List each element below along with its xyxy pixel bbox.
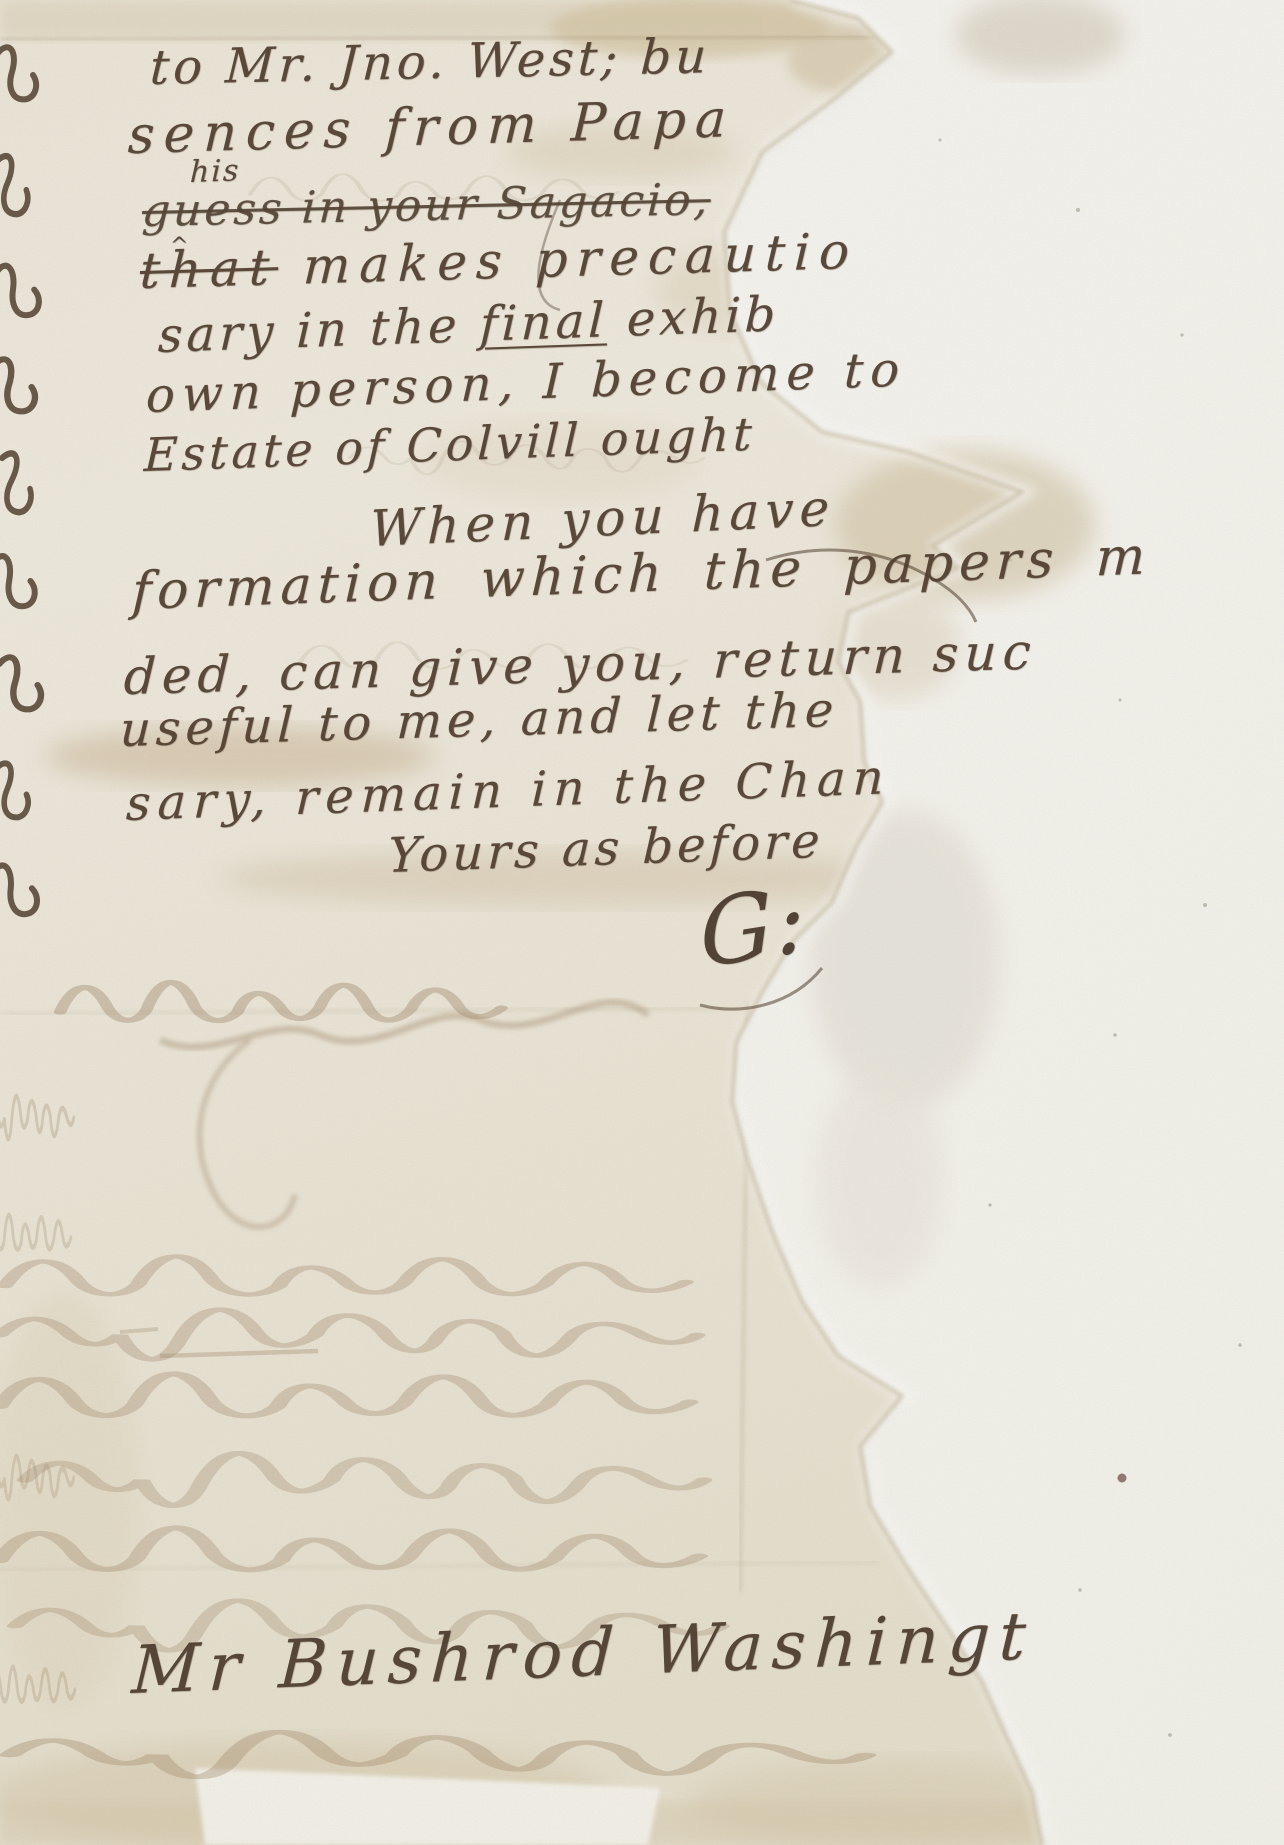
closing-line: Yours as before: [387, 817, 824, 880]
underlined-word-final: final: [479, 292, 609, 353]
line-6-post: exhib: [607, 286, 781, 348]
signature-initials: G:: [698, 873, 810, 982]
letter-line-1: to Mr. Jno. West; bu: [149, 32, 712, 92]
letter-line-struck-out: guess in your Sagacio,: [141, 178, 712, 234]
letter-scan: to Mr. Jno. West; bu sences from Papa hi…: [0, 0, 1284, 1845]
struck-word: that: [139, 238, 280, 300]
line-6-pre: sary in the: [157, 297, 481, 364]
